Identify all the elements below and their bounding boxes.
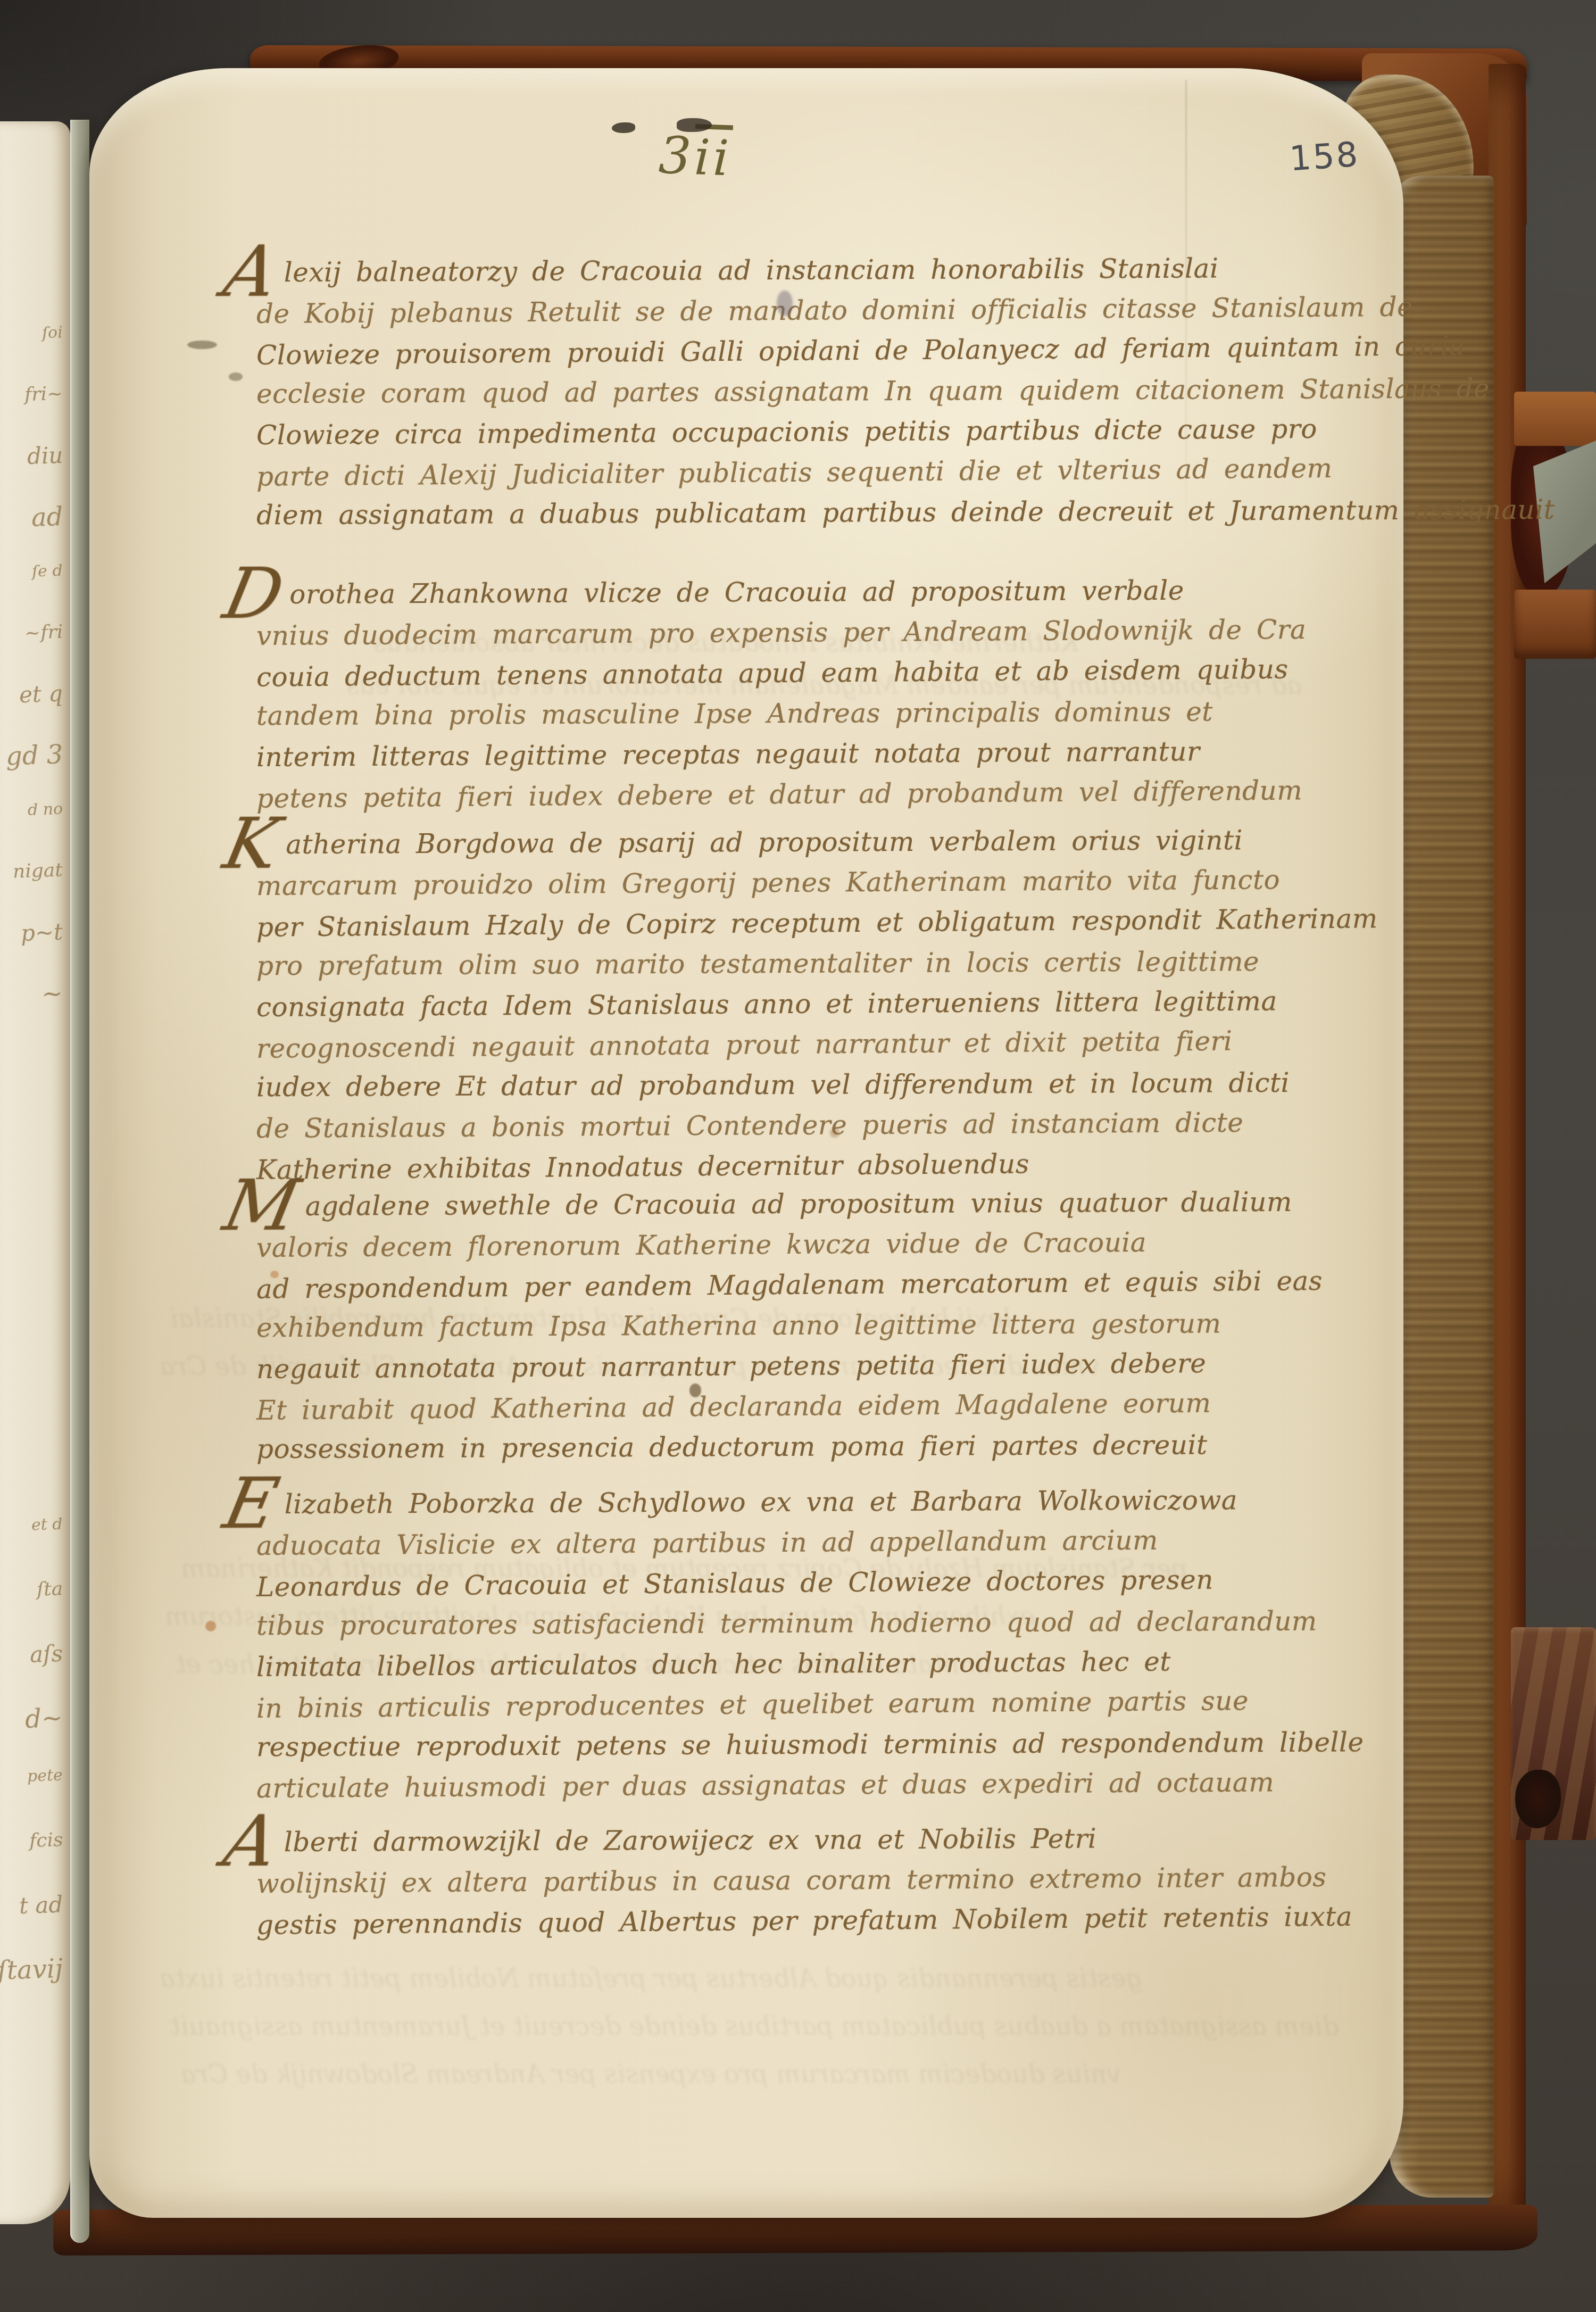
manuscript-line: Alberti darmowzijkl de Zarowijecz ex vna… [256,1818,1326,1863]
manuscript-line: parte dicti Alexij Judicialiter publicat… [256,448,1326,497]
manuscript-line: limitata libellos articulatos duch hec b… [256,1640,1326,1687]
manuscript-paragraph: Magdalene swethle de Cracouia ad proposi… [256,1184,1326,1467]
manuscript-line: tandem bina prolis masculine Ipse Andrea… [256,691,1326,736]
fox-spot [830,1128,839,1138]
photographed-manuscript-scene: ſoi~fridiuadſe dfri~et qgd 3d nonigatp~t… [0,0,1596,2312]
ink-smear [229,372,243,381]
facing-page-text-fragment: ſe d [32,561,63,581]
facing-page-text-fragment: ſta [36,1578,63,1601]
manuscript-line: Clowieze prouisorem prouidi Galli opidan… [256,327,1326,376]
manuscript-paragraph: Alexij balneatorzy de Cracouia ad instan… [256,250,1326,533]
manuscript-line: de Stanislaus a bonis mortui Contendere … [256,1102,1326,1149]
facing-page-sliver: ſoi~fridiuadſe dfri~et qgd 3d nonigatp~t… [0,121,70,2224]
manuscript-line: iudex debere Et datur ad probandum vel d… [256,1063,1326,1108]
manuscript-line: aduocata Vislicie ex altera partibus in … [256,1519,1326,1566]
manuscript-line: couia deductum tenens annotata apud eam … [256,649,1326,698]
facing-page-text-fragment: ~d [24,1703,63,1734]
manuscript-line: valoris decem florenorum Katherine kwcza… [256,1221,1326,1268]
facing-page-text-fragment: fri~ [24,621,63,644]
facing-page-text-fragment: d no [27,800,63,819]
paragraph-initial: A [222,255,280,287]
facing-page-text-fragment: t ad [19,1892,63,1919]
manuscript-line: Alexij balneatorzy de Cracouia ad instan… [256,248,1326,293]
manuscript-line: per Stanislaum Hzaly de Copirz receptum … [256,899,1326,948]
facing-page-text-fragment: ~ [41,979,63,1009]
facing-page-text-fragment: gd 3 [5,740,63,772]
manuscript-line: interim litteras legittime receptas nega… [256,731,1326,777]
paragraph-initial: E [222,1487,280,1519]
manuscript-line: gestis perennandis quod Albertus per pre… [256,1896,1326,1945]
manuscript-paragraph: Dorothea Zhankowna vlicze de Cracouia ad… [256,572,1326,815]
leather-cover-right-edge [1489,64,1526,2240]
manuscript-line: petens petita fieri iudex debere et datu… [256,770,1326,819]
showthrough-line: vnius duodecim marcarum pro expensis per… [181,2059,1121,2089]
manuscript-line: Katherina Borgdowa de psarij ad proposit… [256,820,1326,865]
facing-page-text-fragment: p~t [20,919,63,947]
page-separator-strip [70,120,89,2243]
clasp-strap-lower-band [1514,590,1596,659]
manuscript-line: ad respondendum per eandem Magdalenam me… [256,1261,1326,1310]
folio-ink-suffix: ii [693,129,733,187]
facing-page-text-fragment: aſs [29,1640,63,1668]
page-block-fore-edge [1390,176,1494,2198]
clasp-strap-lower [1511,1627,1596,1840]
manuscript-line: negauit annotata prout narrantur petens … [256,1343,1326,1389]
clasp-strap-upper [1514,392,1596,679]
paragraph-initial: A [222,1825,280,1857]
manuscript-paragraph: Katherina Borgdowa de psarij ad proposit… [256,822,1326,1186]
fox-spot [270,1271,279,1278]
facing-page-text-fragment: ſtavij [0,1954,63,1986]
facing-page-text-fragment: fcis [29,1829,63,1852]
manuscript-line: in binis articulis reproducentes et quel… [256,1680,1326,1729]
facing-page-text-fragment: diu [27,442,63,469]
facing-page-text-fragment: et d [31,1515,63,1535]
manuscript-line: marcarum prouidzo olim Gregorij penes Ka… [256,859,1326,906]
manuscript-line: Et iurabit quod Katherina ad declaranda … [256,1382,1326,1431]
manuscript-line: Elizabeth Poborzka de Schydlowo ex vna e… [256,1480,1326,1525]
facing-page-text-fragment: nigat [13,859,63,882]
folio-number-pencil: 158 [1289,135,1361,179]
manuscript-paragraph: Elizabeth Poborzka de Schydlowo ex vna e… [256,1482,1326,1805]
manuscript-line: vnius duodecim marcarum pro expensis per… [256,609,1326,656]
manuscript-line: possessionem in presencia deductorum pom… [256,1424,1326,1470]
facing-page-text-fragment: et q [19,681,63,708]
smudge-stain [777,291,793,316]
showthrough-line: gestis perennandis quod Albertus per pre… [160,1963,1142,1993]
manuscript-line: tibus procuratores satisfaciendi terminu… [256,1601,1326,1646]
manuscript-line: Clowieze circa impedimenta occupacionis … [256,409,1326,455]
manuscript-line: pro prefatum olim suo marito testamental… [256,941,1326,987]
ink-spot [689,1383,701,1397]
manuscript-line: articulate huiusmodi per duas assignatas… [256,1762,1326,1809]
facing-page-text-fragment: ſoi [42,323,63,342]
manuscript-line: Magdalene swethle de Cracouia ad proposi… [256,1182,1326,1227]
manuscript-line: exhibendum factum Ipsa Katherina anno le… [256,1303,1326,1348]
ink-smear [187,341,217,349]
clasp-strap-wear-spot [1515,1770,1561,1828]
manuscript-line: Leonardus de Cracouia et Stanislaus de C… [256,1559,1326,1607]
facing-page-text-fragment: ad [31,502,63,533]
showthrough-line: diem assignatam a duabus publicatam part… [170,2011,1339,2041]
manuscript-line: diem assignatam a duabus publicatam part… [256,491,1326,536]
clasp-strap-upper-band [1514,392,1596,446]
paragraph-initial: M [222,1189,301,1222]
paragraph-initial: D [222,577,286,610]
folio-number-ink: 3ii [658,126,733,188]
fox-spot [205,1621,216,1631]
folio-ink-prefix: 3 [658,126,695,186]
manuscript-line: wolijnskij ex altera partibus in causa c… [256,1857,1326,1904]
facing-page-text-fragment: ~fri [24,383,63,405]
manuscript-line: recognoscendi negauit annotata prout nar… [256,1020,1326,1069]
manuscript-line: respectiue reproduxit petens se huiusmod… [256,1722,1326,1768]
paragraph-initial: K [222,827,282,859]
manuscript-line: Dorothea Zhankowna vlicze de Cracouia ad… [256,570,1326,615]
manuscript-line: ecclesie coram quod ad partes assignatam… [256,369,1326,415]
manuscript-paragraph: Alberti darmowzijkl de Zarowijecz ex vna… [256,1820,1326,1941]
ink-blot [612,122,635,133]
manuscript-line: consignata facta Idem Stanislaus anno et… [256,981,1326,1027]
facing-page-text-fragment: pete [27,1766,63,1786]
